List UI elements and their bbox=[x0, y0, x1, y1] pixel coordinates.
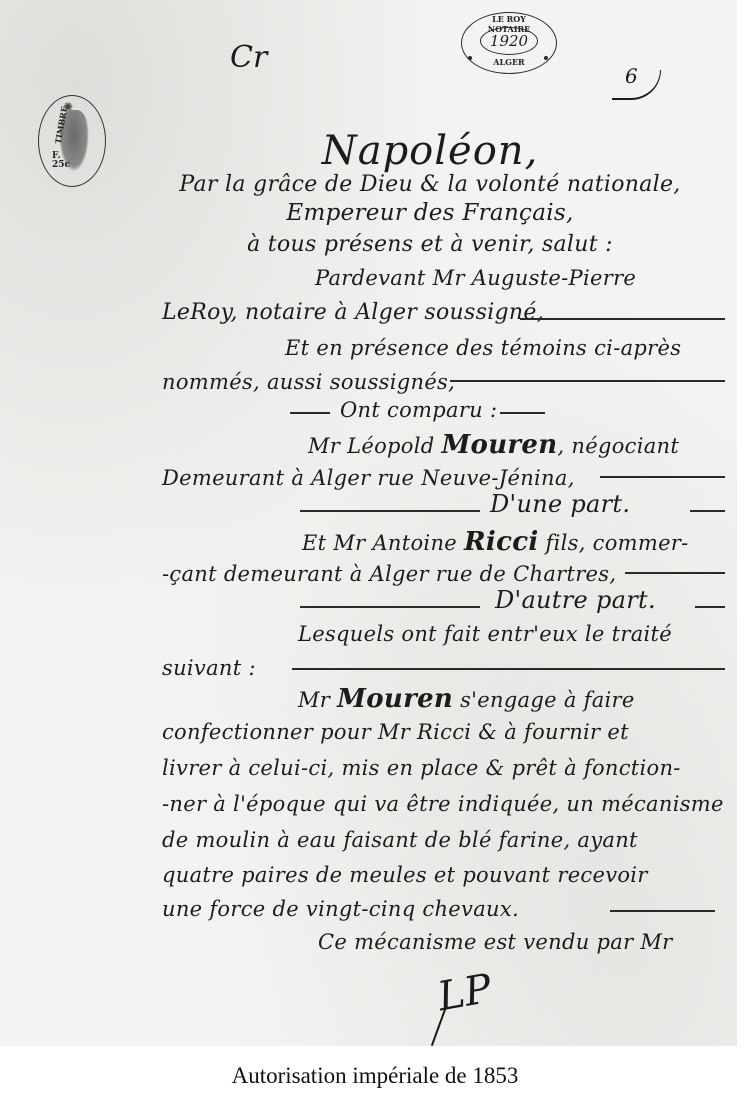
text-line: Empereur des Français, bbox=[150, 200, 710, 226]
text-line: D'une part. bbox=[490, 490, 630, 518]
text-line: -ner à l'époque qui va être indiquée, un… bbox=[162, 792, 724, 816]
fill-line bbox=[520, 318, 725, 320]
text-fragment: fils, commer- bbox=[546, 531, 689, 555]
fill-line bbox=[500, 412, 545, 414]
text-line: D'autre part. bbox=[495, 586, 656, 614]
document-scan: ✺ TIMBRE F. 25c LE ROY NOTAIRE 1920 ALGE… bbox=[0, 0, 737, 1046]
party-name: Mouren bbox=[337, 684, 453, 714]
fill-line bbox=[300, 510, 480, 512]
text-fragment: Mr bbox=[298, 688, 330, 712]
text-line: Lesquels ont fait entr'eux le traité bbox=[298, 622, 672, 646]
notary-stamp: LE ROY NOTAIRE 1920 ALGER bbox=[461, 12, 557, 74]
document-title: Napoléon, bbox=[150, 128, 710, 174]
fill-line bbox=[450, 380, 725, 382]
text-line: Ce mécanisme est vendu par Mr bbox=[318, 930, 673, 954]
fill-line bbox=[695, 606, 725, 608]
text-line: Mr Mouren s'engage à faire bbox=[298, 684, 635, 714]
fill-line bbox=[600, 476, 725, 478]
fill-line bbox=[300, 606, 480, 608]
text-line: Demeurant à Alger rue Neuve-Jénina, bbox=[162, 466, 575, 490]
signature-stroke bbox=[431, 1006, 447, 1046]
notary-stamp-number: 1920 bbox=[480, 27, 538, 55]
text-fragment: Mr Léopold bbox=[308, 434, 434, 458]
text-line: LeRoy, notaire à Alger soussigné, bbox=[162, 300, 544, 325]
text-fragment: s'engage à faire bbox=[460, 688, 634, 712]
fill-line bbox=[625, 572, 725, 574]
text-line: -çant demeurant à Alger rue de Chartres, bbox=[162, 562, 616, 586]
fill-line bbox=[292, 668, 725, 670]
margin-annotation: Cr bbox=[230, 40, 267, 75]
text-line: de moulin à eau faisant de blé farine, a… bbox=[162, 828, 638, 852]
party-name: Mouren bbox=[441, 430, 557, 460]
seal-value-line2: 25c bbox=[52, 161, 70, 170]
text-line: livrer à celui-ci, mis en place & prêt à… bbox=[162, 756, 681, 780]
party-name: Ricci bbox=[464, 527, 539, 557]
text-line: nommés, aussi soussignés, bbox=[162, 370, 455, 394]
image-caption: Autorisation impériale de 1853 bbox=[0, 1063, 750, 1089]
fill-line bbox=[610, 910, 715, 912]
notary-stamp-bottom-text: ALGER bbox=[472, 57, 546, 67]
seal-value: F. 25c bbox=[52, 152, 70, 170]
text-line: Et en présence des témoins ci-après bbox=[285, 336, 681, 360]
tax-stamp-seal: ✺ TIMBRE F. 25c bbox=[38, 95, 106, 187]
text-line: suivant : bbox=[162, 656, 256, 680]
text-fragment: Et Mr Antoine bbox=[302, 531, 457, 555]
text-line: Mr Léopold Mouren, négociant bbox=[308, 430, 679, 460]
fill-line bbox=[290, 412, 330, 414]
text-line: une force de vingt-cinq chevaux. bbox=[162, 897, 519, 921]
text-line: confectionner pour Mr Ricci & à fournir … bbox=[162, 720, 629, 744]
text-line: à tous présens et à venir, salut : bbox=[150, 232, 710, 257]
text-line: Par la grâce de Dieu & la volonté nation… bbox=[150, 172, 710, 197]
text-line: quatre paires de meules et pouvant recev… bbox=[162, 863, 648, 887]
text-line: Ont comparu : bbox=[340, 398, 497, 422]
fill-line bbox=[690, 510, 725, 512]
text-fragment: , négociant bbox=[557, 434, 679, 458]
text-line: Et Mr Antoine Ricci fils, commer- bbox=[302, 527, 689, 557]
folio-flourish bbox=[612, 70, 661, 100]
text-line: Pardevant Mr Auguste-Pierre bbox=[315, 266, 636, 290]
